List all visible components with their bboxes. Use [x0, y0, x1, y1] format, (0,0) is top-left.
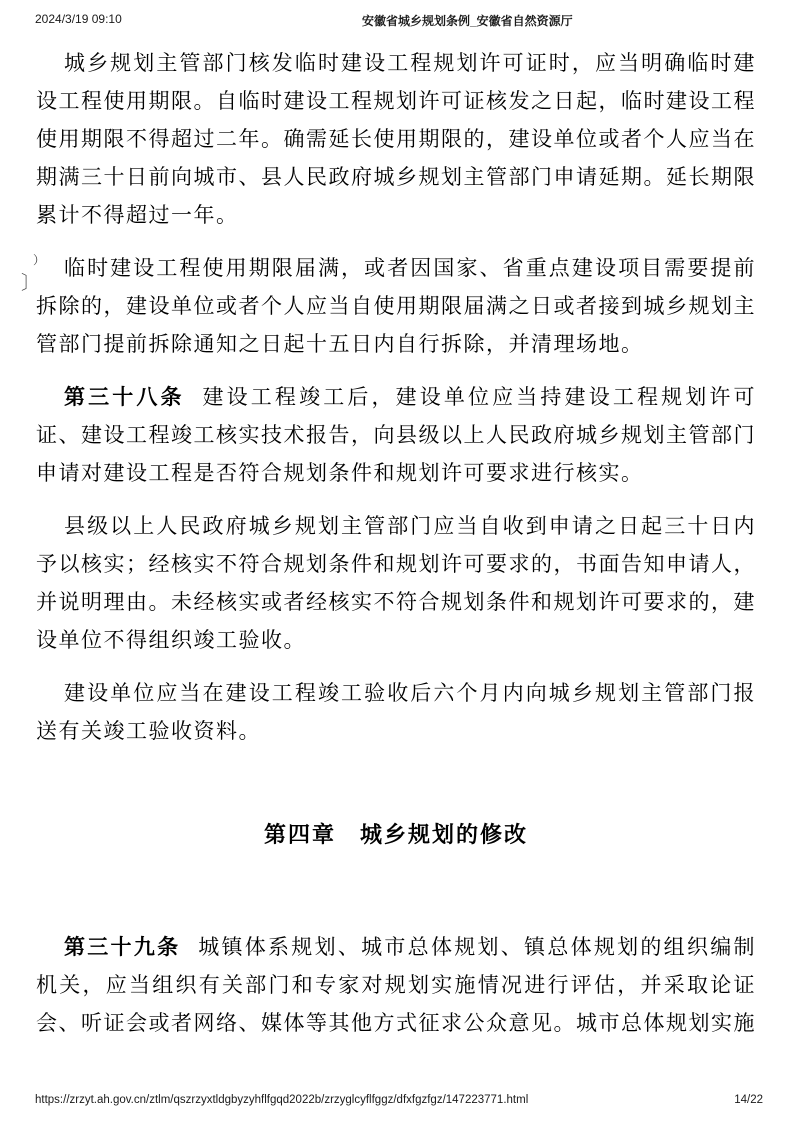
chapter-heading: 第四章 城乡规划的修改: [36, 820, 756, 850]
print-page: 2024/3/19 09:10 安徽省城乡规划条例_安徽省自然资源厅 ） 〕 城…: [0, 0, 793, 1122]
source-url: https://zrzyt.ah.gov.cn/ztlm/qszrzyxtldg…: [35, 1094, 528, 1106]
document-title: 安徽省城乡规划条例_安徽省自然资源厅: [362, 12, 573, 29]
paragraph-article-39: 第三十九条城镇体系规划、城市总体规划、镇总体规划的组织编制机关，应当组织有关部门…: [36, 928, 756, 1042]
print-timestamp: 2024/3/19 09:10: [35, 12, 122, 26]
paragraph-text: 县级以上人民政府城乡规划主管部门应当自收到申请之日起三十日内予以核实；经核实不符…: [36, 514, 756, 652]
paragraph-expiry-demolition: 临时建设工程使用期限届满，或者因国家、省重点建设项目需要提前拆除的，建设单位或者…: [36, 249, 756, 363]
paragraph-article-38: 第三十八条建设工程竣工后，建设单位应当持建设工程规划许可证、建设工程竣工核实技术…: [36, 378, 756, 492]
paragraph-text: 临时建设工程使用期限届满，或者因国家、省重点建设项目需要提前拆除的，建设单位或者…: [36, 256, 756, 356]
page-number: 14/22: [734, 1094, 763, 1106]
paragraph-text: 城乡规划主管部门核发临时建设工程规划许可证时，应当明确临时建设工程使用期限。自临…: [36, 51, 756, 227]
document-body: 城乡规划主管部门核发临时建设工程规划许可证时，应当明确临时建设工程使用期限。自临…: [36, 44, 756, 1057]
print-footer: https://zrzyt.ah.gov.cn/ztlm/qszrzyxtldg…: [35, 1094, 763, 1106]
paragraph-text: 建设单位应当在建设工程竣工验收后六个月内向城乡规划主管部门报送有关竣工验收资料。: [36, 681, 756, 743]
print-header: 2024/3/19 09:10 安徽省城乡规划条例_安徽省自然资源厅: [35, 12, 763, 28]
paragraph-temporary-permit: 城乡规划主管部门核发临时建设工程规划许可证时，应当明确临时建设工程使用期限。自临…: [36, 44, 756, 234]
article-38-label: 第三十八条: [64, 385, 185, 409]
paragraph-verification: 县级以上人民政府城乡规划主管部门应当自收到申请之日起三十日内予以核实；经核实不符…: [36, 507, 756, 659]
article-39-label: 第三十九条: [64, 935, 180, 959]
paragraph-acceptance-filing: 建设单位应当在建设工程竣工验收后六个月内向城乡规划主管部门报送有关竣工验收资料。: [36, 674, 756, 750]
